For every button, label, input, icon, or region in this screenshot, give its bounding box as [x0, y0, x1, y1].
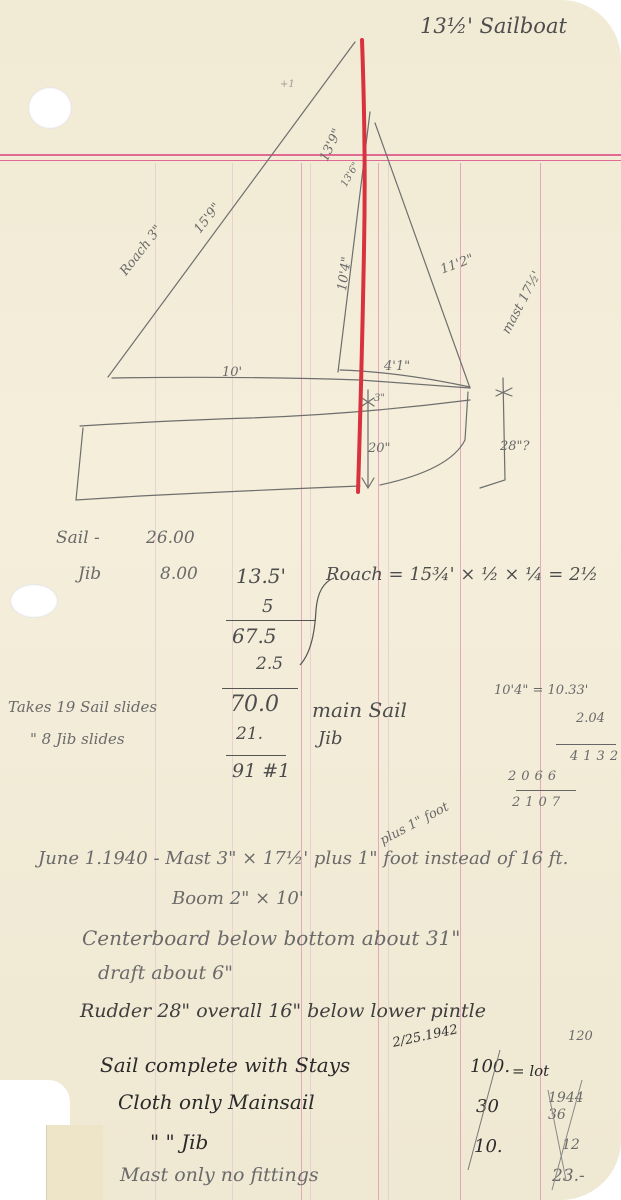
- index-tab: [46, 1125, 103, 1200]
- ledger-page: 13½' Sailboat Roach 3" 15'9" 13'9" 13'6"…: [0, 0, 621, 1200]
- price-strikethrough: [0, 0, 621, 1200]
